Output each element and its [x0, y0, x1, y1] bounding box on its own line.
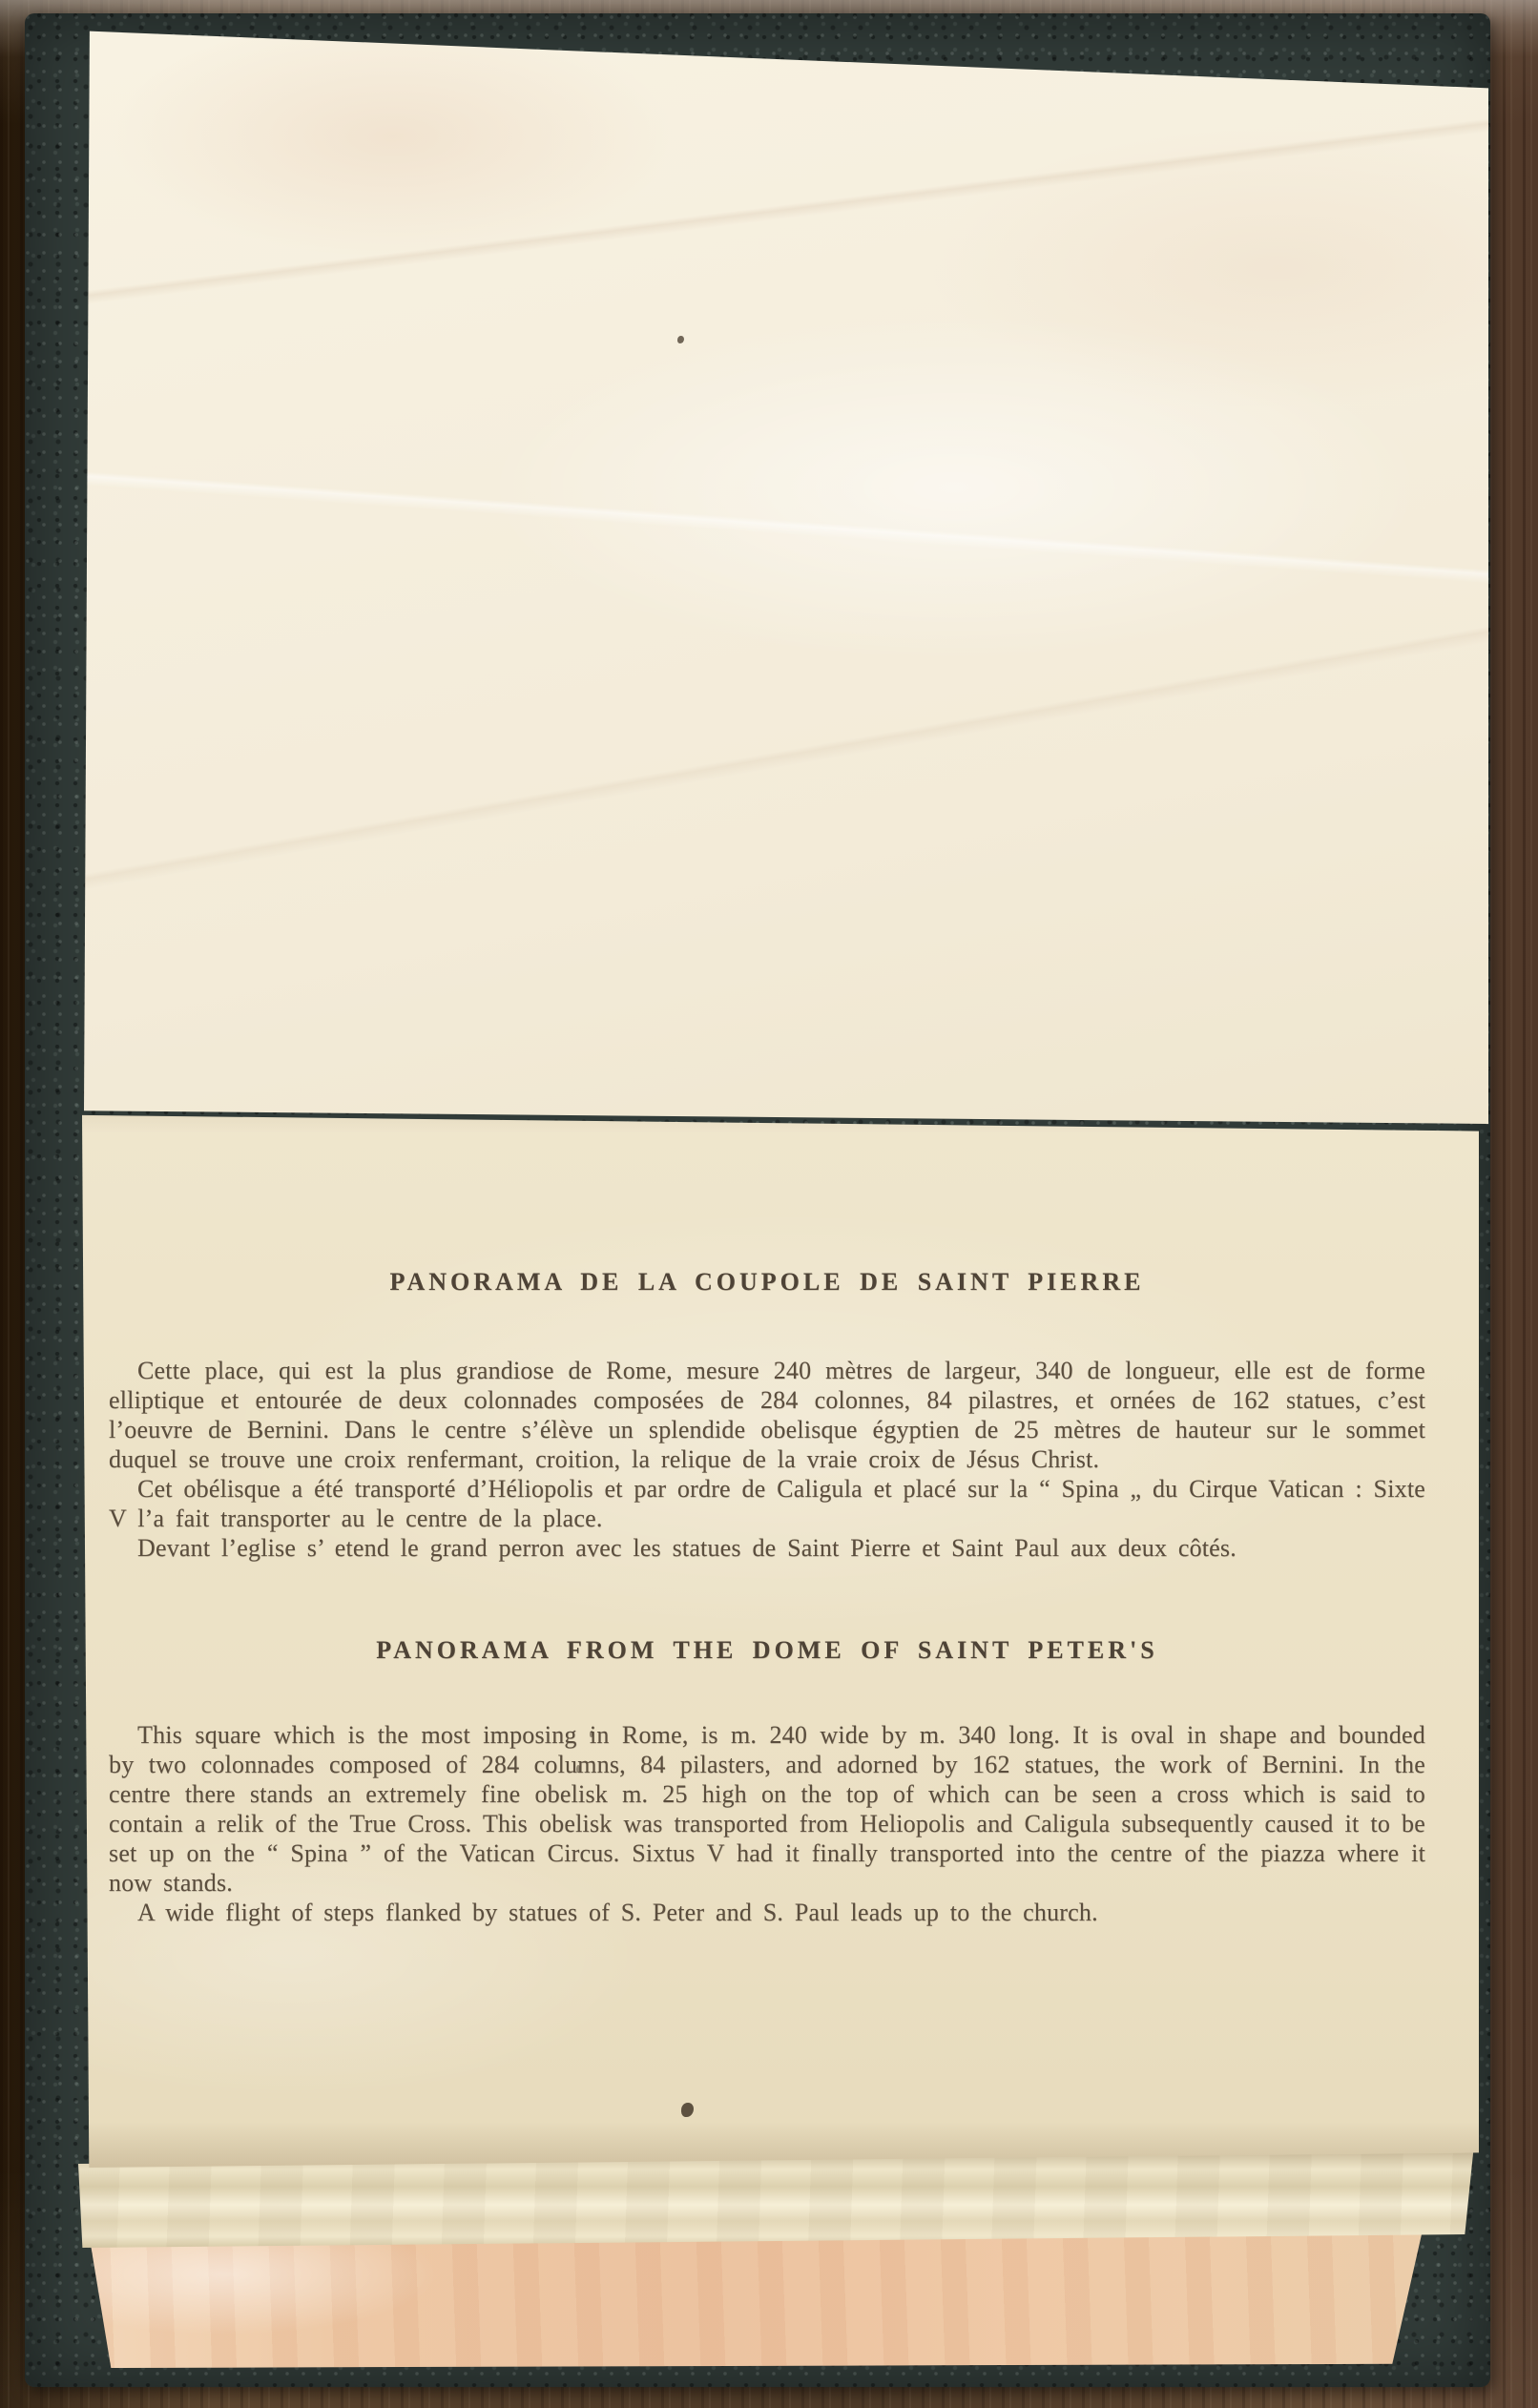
under-page-edge [90, 2234, 1422, 2368]
english-title: PANORAMA FROM THE DOME OF SAINT PETER'S [109, 1635, 1425, 1665]
english-paragraph-1: This square which is the most imposing i… [109, 1720, 1425, 1898]
french-paragraph-3: Devant l’eglise s’ etend le grand perron… [109, 1533, 1425, 1563]
photograph-of-booklet: PANORAMA DE LA COUPOLE DE SAINT PIERRE C… [0, 0, 1538, 2408]
blank-upper-page [84, 27, 1488, 1124]
french-paragraph-2: Cet obélisque a été transporté d’Héliopo… [109, 1474, 1425, 1533]
folded-page-edge [78, 2152, 1479, 2248]
printed-text-block: PANORAMA DE LA COUPOLE DE SAINT PIERRE C… [109, 1267, 1425, 1927]
english-paragraph-2: A wide flight of steps flanked by statue… [109, 1898, 1425, 1927]
printed-text-page: PANORAMA DE LA COUPOLE DE SAINT PIERRE C… [82, 1107, 1479, 2168]
french-paragraph-1: Cette place, qui est la plus grandiose d… [109, 1356, 1425, 1474]
french-title: PANORAMA DE LA COUPOLE DE SAINT PIERRE [109, 1267, 1425, 1297]
